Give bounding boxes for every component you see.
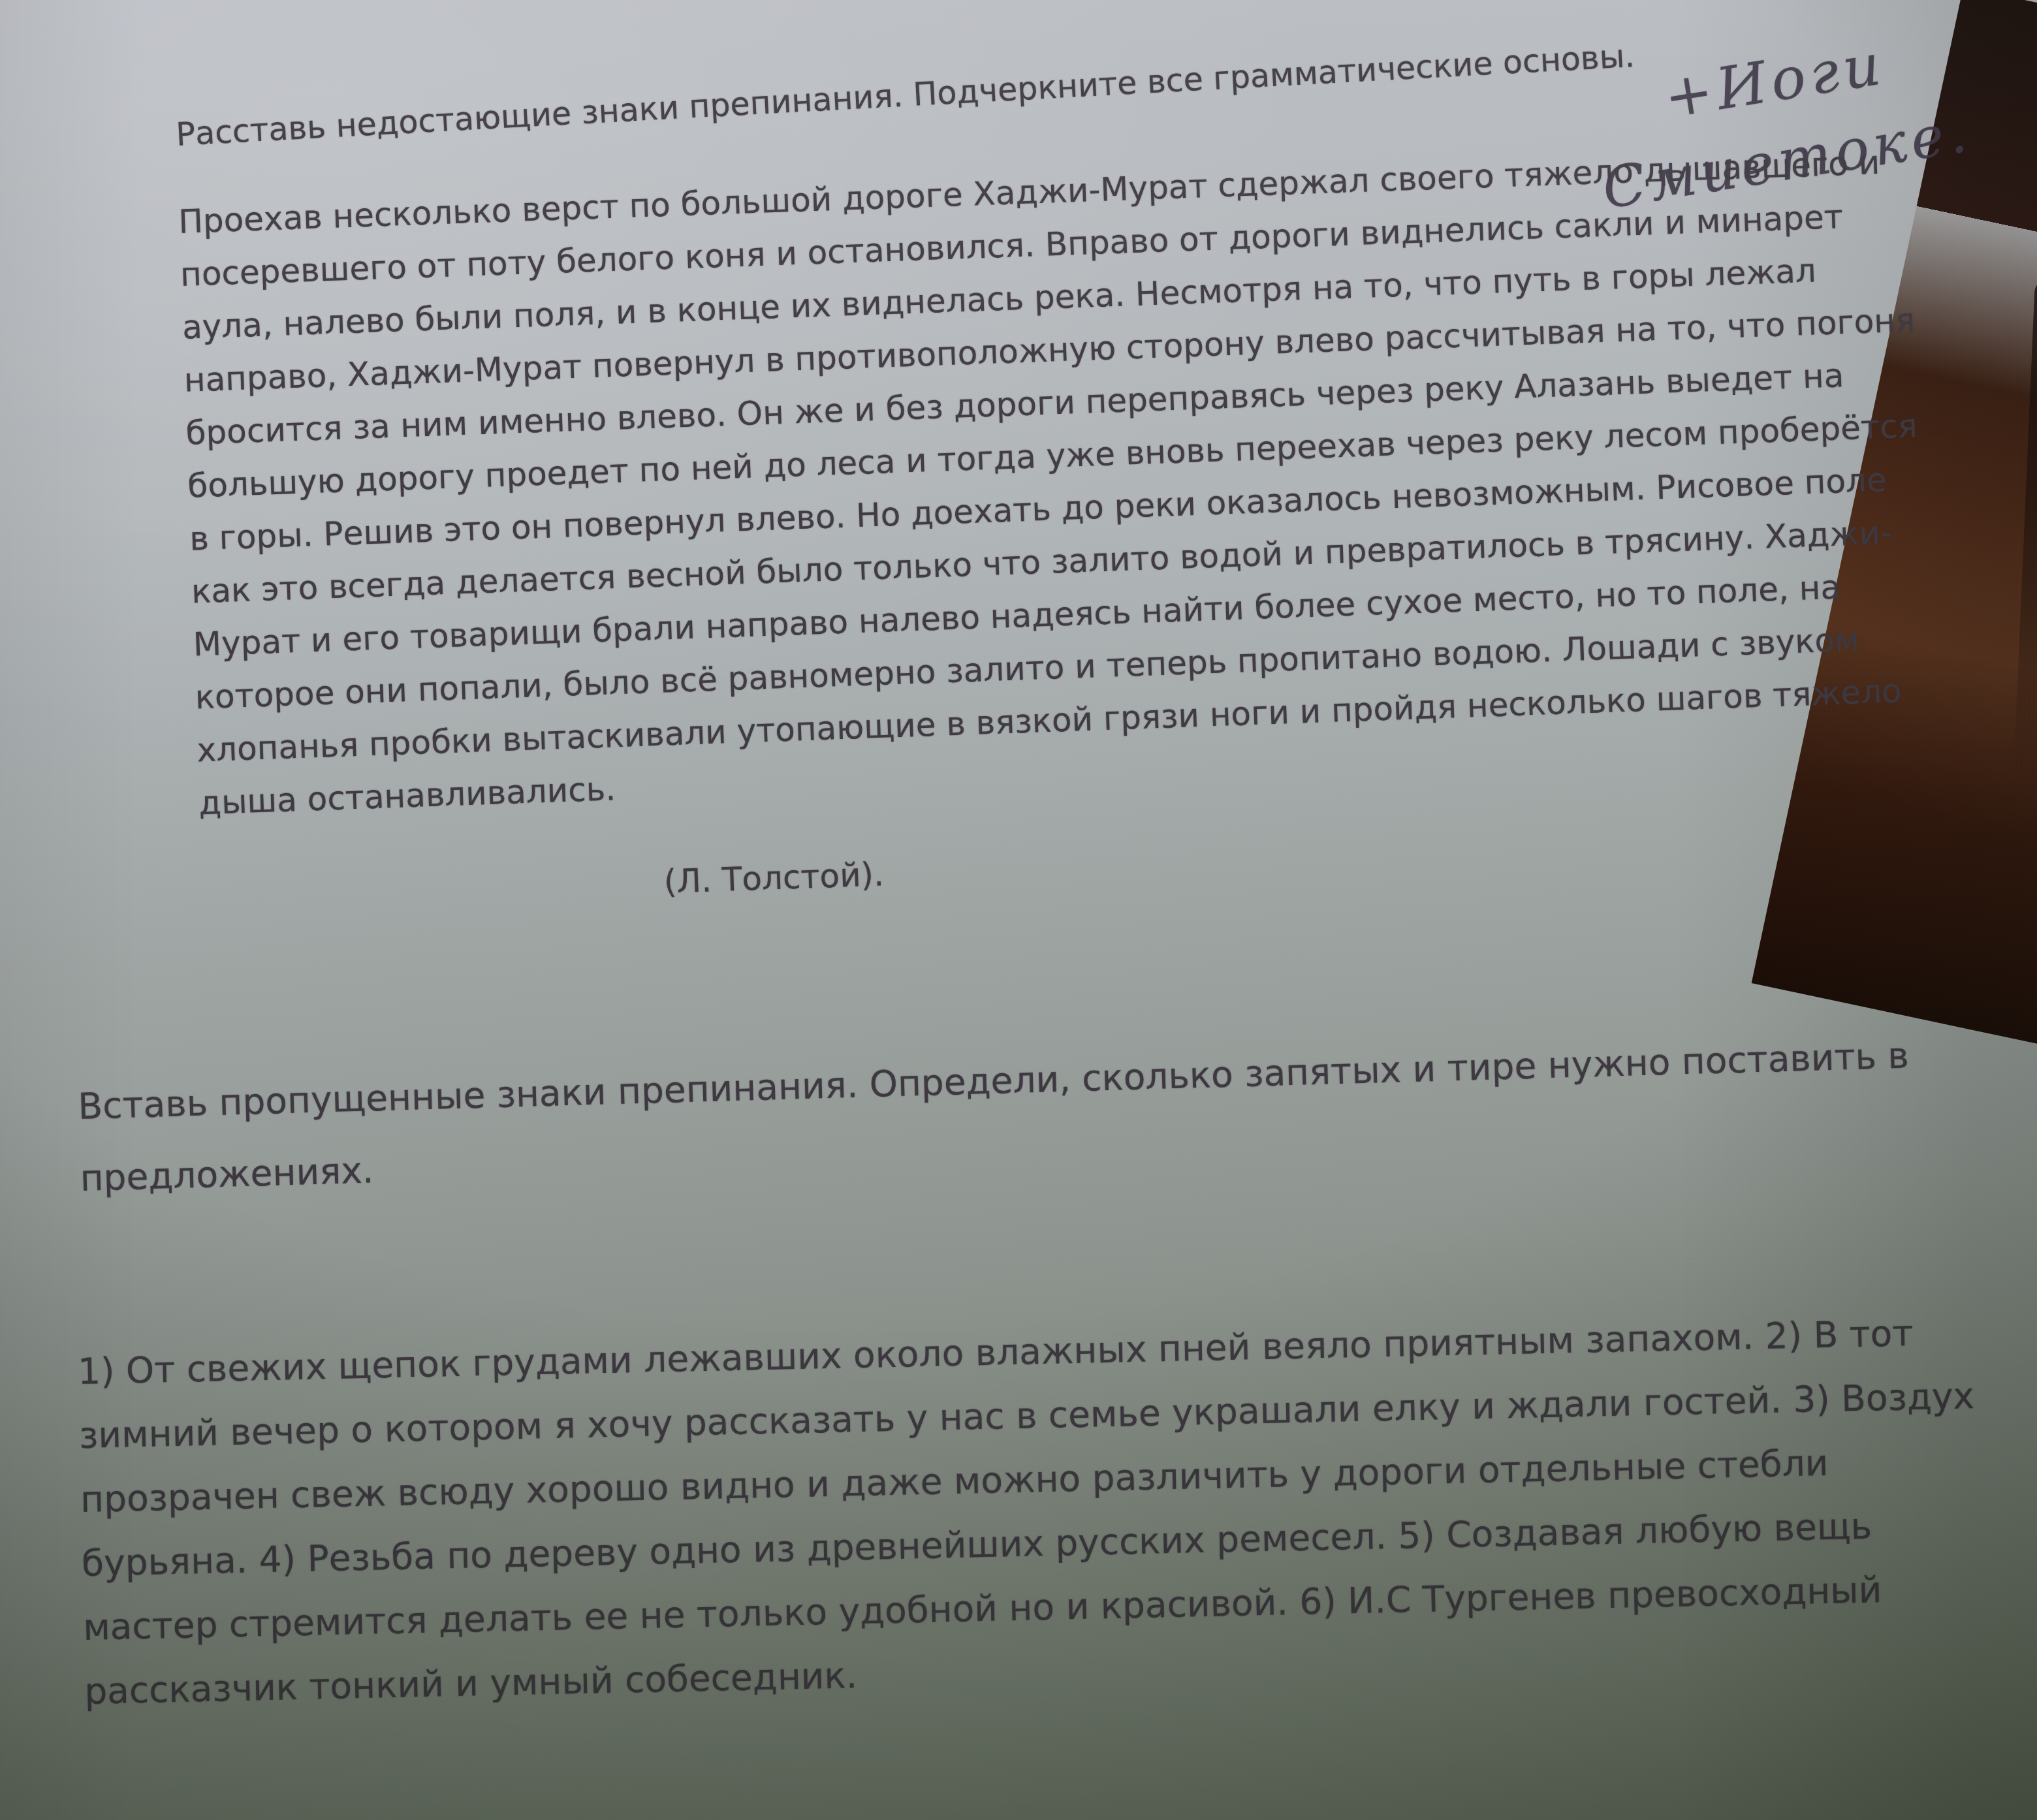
- passage-text: Проехав несколько верст по большой дорог…: [178, 135, 1931, 830]
- author-attribution: (Л. Толстой).: [663, 855, 885, 901]
- task1-instruction: Расставь недостающие знаки препинания. П…: [175, 37, 1635, 153]
- worksheet-photo: Расставь недостающие знаки препинания. П…: [0, 0, 2037, 1820]
- numbered-sentences: 1) От свежих щепок грудами лежавших окол…: [77, 1300, 1980, 1723]
- handwritten-note-line-1: +Иоги: [1660, 30, 1889, 131]
- task2-instruction: Вставь пропущенные знаки препинания. Опр…: [77, 1020, 1912, 1214]
